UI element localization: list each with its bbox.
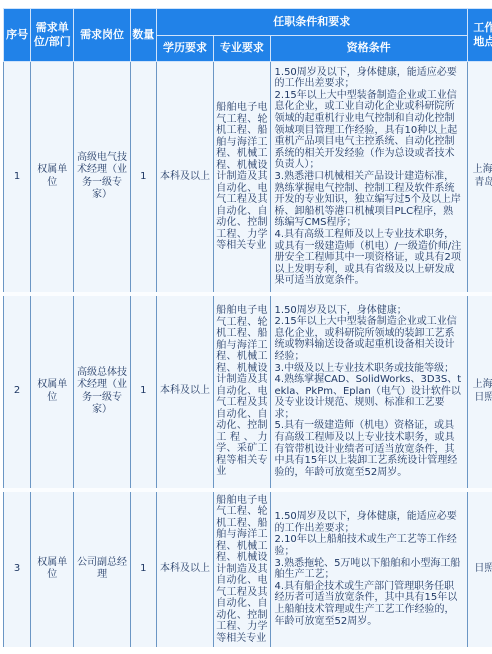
- col-header-qualification: 资格条件: [270, 36, 467, 62]
- location-cell: 上海/日照: [467, 294, 492, 490]
- count-cell: 1: [130, 62, 156, 294]
- col-header-location: 工作地点: [467, 9, 492, 62]
- qualification-cell: 1.50周岁及以下，身体健康； 2.15年以上大中型装备制造企业或工业信息化企业…: [270, 294, 467, 490]
- unit-cell: 权属单位: [31, 490, 74, 648]
- position-cell: 高级电气技术经理（业务一级专家）: [74, 62, 130, 294]
- col-header-position: 需求岗位: [74, 9, 130, 62]
- row-index: 1: [4, 62, 31, 294]
- col-header-count: 数量: [130, 9, 156, 62]
- education-cell: 本科及以上: [156, 294, 213, 490]
- count-cell: 1: [130, 490, 156, 648]
- qualification-cell: 1.50周岁及以下，身体健康，能适应必要的工作出差要求； 2.10年以上船舶技术…: [270, 490, 467, 648]
- table-row: 2 权属单位 高级总体技术经理（业务一级专家） 1 本科及以上 船舶电子电气工程…: [4, 294, 492, 490]
- col-header-requirements-group: 任职条件和要求: [156, 9, 467, 36]
- header-row-1: 序号 需求单位/部门 需求岗位 数量 任职条件和要求 工作地点: [4, 9, 492, 36]
- row-index: 3: [4, 490, 31, 648]
- row-index: 2: [4, 294, 31, 490]
- major-cell: 船舶电子电气工程、轮机工程、船舶与海洋工程、机械工程、机械设计制造及其自动化、电…: [214, 490, 270, 648]
- position-cell: 高级总体技术经理（业务一级专家）: [74, 294, 130, 490]
- major-cell: 船舶电子电气工程、轮机工程、船舶与海洋工程、机械工程、机械设计制造及其自动化、电…: [214, 294, 270, 490]
- table-body: 1 权属单位 高级电气技术经理（业务一级专家） 1 本科及以上 船舶电子电气工程…: [4, 62, 492, 648]
- col-header-education: 学历要求: [156, 36, 213, 62]
- location-cell: 日照: [467, 490, 492, 648]
- major-cell: 船舶电子电气工程、轮机工程、船舶与海洋工程、机械工程、机械设计制造及其自动化、电…: [214, 62, 270, 294]
- education-cell: 本科及以上: [156, 490, 213, 648]
- education-cell: 本科及以上: [156, 62, 213, 294]
- qualification-cell: 1.50周岁及以下，身体健康，能适应必要的工作出差要求； 2.15年以上大中型装…: [270, 62, 467, 294]
- col-header-no: 序号: [4, 9, 31, 62]
- unit-cell: 权属单位: [31, 62, 74, 294]
- table-row: 1 权属单位 高级电气技术经理（业务一级专家） 1 本科及以上 船舶电子电气工程…: [4, 62, 492, 294]
- unit-cell: 权属单位: [31, 294, 74, 490]
- table-row: 3 权属单位 公司副总经理 1 本科及以上 船舶电子电气工程、轮机工程、船舶与海…: [4, 490, 492, 648]
- col-header-major: 专业要求: [214, 36, 270, 62]
- recruitment-table: 序号 需求单位/部门 需求岗位 数量 任职条件和要求 工作地点 学历要求 专业要…: [3, 8, 492, 647]
- position-cell: 公司副总经理: [74, 490, 130, 648]
- table-header: 序号 需求单位/部门 需求岗位 数量 任职条件和要求 工作地点 学历要求 专业要…: [4, 9, 492, 62]
- page: 序号 需求单位/部门 需求岗位 数量 任职条件和要求 工作地点 学历要求 专业要…: [0, 0, 492, 654]
- col-header-unit: 需求单位/部门: [31, 9, 74, 62]
- location-cell: 上海/青岛: [467, 62, 492, 294]
- count-cell: 1: [130, 294, 156, 490]
